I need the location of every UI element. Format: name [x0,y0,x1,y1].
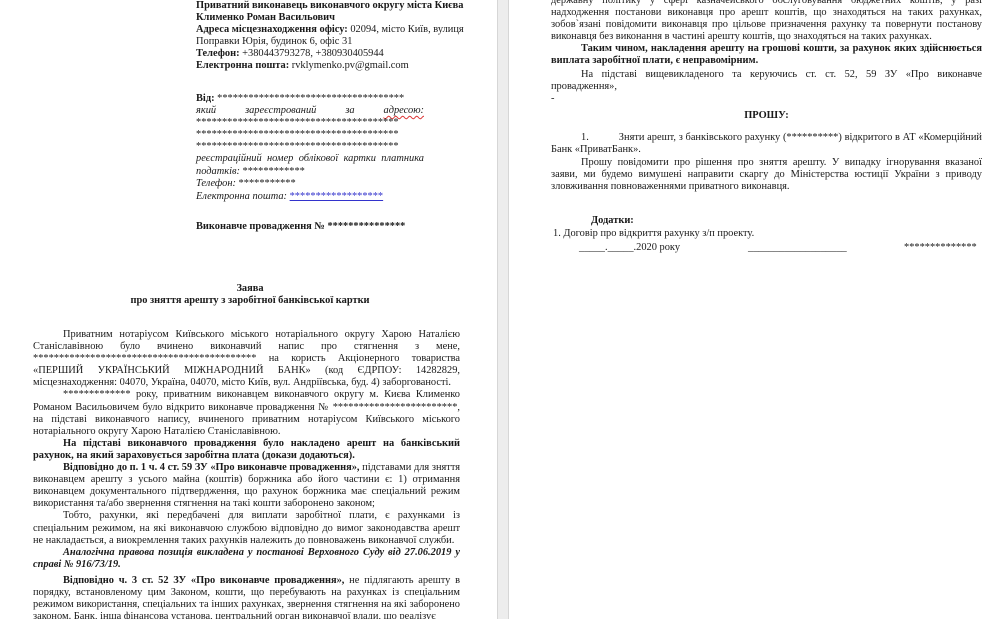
recipient-line-1: Приватний виконавець виконавчого округу … [196,0,411,12]
sender-address-line-2: *************************************** [196,129,424,141]
title-line-2: про зняття арешту з заробітної банківськ… [40,295,460,307]
sender-phone: Телефон: *********** [196,178,424,190]
attachment-item-1: 1. Договір про відкриття рахунку з/п про… [551,228,982,240]
notify-paragraph: Прошу повідомити про рішення про зняття … [551,157,982,193]
paragraph-5: Тобто, рахунки, які передбачені для випл… [33,510,460,546]
paragraph-3: На підставі виконавчого провадження було… [33,438,460,462]
dash-line: - [551,93,982,105]
sender-tax-label: реєстраційний номер облікової картки пла… [196,153,424,165]
sender-block: Від: ***********************************… [196,93,424,203]
paragraph-6: Аналогічна правова позиція викладена у п… [33,547,460,571]
sender-address-line-1: *************************************** [196,117,424,129]
paragraph-2: ************* року, приватним виконавцем… [33,389,460,437]
sender-email-link[interactable]: ****************** [290,191,384,202]
recipient-line-2: Клименко Роман Васильович [196,12,411,24]
sender-registered: який зареєстрований за адресою: [196,105,424,117]
sender-from: Від: ***********************************… [196,93,424,105]
paragraph-1: Приватним нотаріусом Київського міського… [33,329,460,389]
sender-tax-id: податків: ************ [196,166,424,178]
office-address-cont: Поправки Юрія, будинок 6, офіс 31 [196,36,411,48]
paragraph-continued: державну політику у сфері казначейського… [551,0,982,43]
proceeding-number: Виконавче провадження № *************** [196,221,405,233]
sender-email: Електронна пошта: ****************** [196,191,424,203]
paragraph-7: Відповідно ч. 3 ст. 52 ЗУ «Про виконавче… [33,575,460,619]
paragraph-4: Відповідно до п. 1 ч. 4 ст. 59 ЗУ «Про в… [33,462,460,510]
sender-address-line-3: *************************************** [196,141,424,153]
body-right: державну політику у сфері казначейського… [551,0,982,240]
signature-field: ___________________ [748,242,847,254]
conclusion-paragraph: Таким чином, накладення арешту на грошов… [551,43,982,67]
body-left: Приватним нотаріусом Київського міського… [33,329,460,619]
page-separator [497,0,509,619]
request-item-1: 1.Зняти арешт, з банківського рахунку (*… [551,132,982,156]
recipient-header: Приватний виконавець виконавчого округу … [196,0,411,73]
title-line-1: Заява [40,283,460,295]
document-title: Заява про зняття арешту з заробітної бан… [40,283,460,307]
basis-paragraph: На підставі вищевикладеного та керуючись… [551,69,982,93]
office-email: Електронна пошта: rvklymenko.pv@gmail.co… [196,60,411,72]
request-heading: ПРОШУ: [551,110,982,122]
date-field: _____._____.2020 року [579,242,680,254]
document-page-2: державну політику у сфері казначейського… [509,0,1000,619]
office-address: Адреса місцезнаходження офісу: 02094, мі… [196,24,411,36]
document-page-1: Приватний виконавець виконавчого округу … [0,0,497,619]
office-phone: Телефон: +380443793278, +380930405944 [196,48,411,60]
signature-name: ************** [904,242,977,254]
attachments-heading: Додатки: [551,215,982,227]
